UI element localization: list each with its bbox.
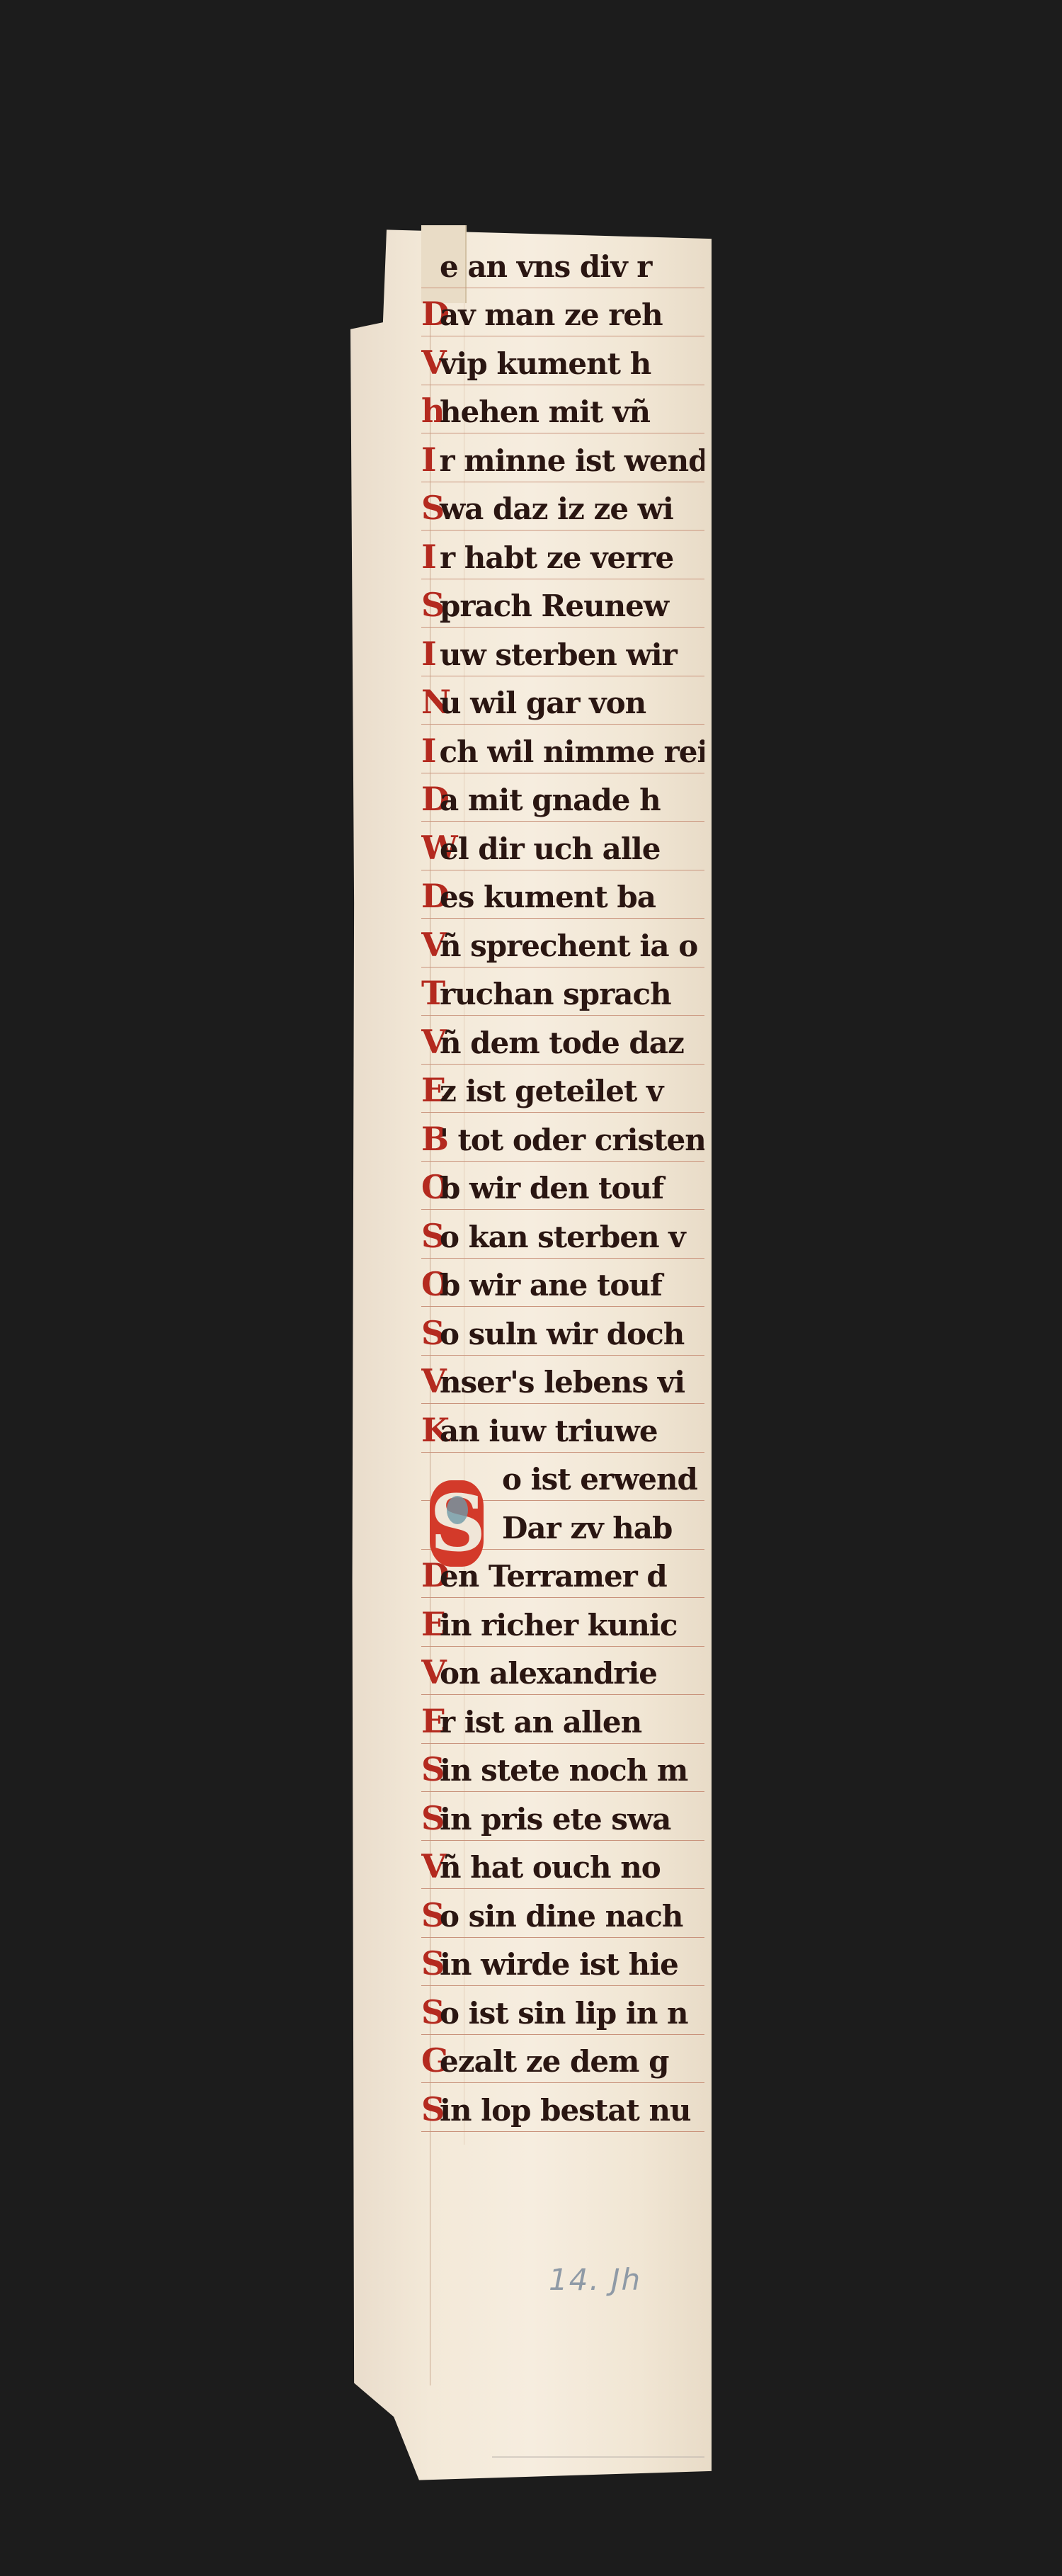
rubricated-initial: I [421, 443, 437, 476]
manuscript-line: Ich wil nimme rei [421, 725, 704, 773]
manuscript-line: Vnser's lebens vi [421, 1356, 704, 1405]
line-text: wa daz iz ze wi [440, 494, 673, 524]
line-text: nser's lebens vi [440, 1368, 685, 1397]
rubricated-initial: O [421, 1268, 437, 1300]
manuscript-line: Von alexandrie [421, 1647, 704, 1696]
line-text: o suln wir doch [440, 1320, 684, 1349]
line-text: in lop bestat nu [440, 2096, 691, 2126]
manuscript-line: B' tot oder cristen [421, 1113, 704, 1162]
rubricated-initial: S [421, 589, 437, 621]
manuscript-line: e an vns div r [421, 239, 704, 288]
manuscript-line: Des kument ba [421, 870, 704, 919]
manuscript-line: Ir minne ist wend [421, 433, 704, 482]
rubricated-initial: D [421, 783, 437, 815]
rubricated-initial: D [421, 297, 437, 330]
manuscript-line: So suln wir doch [421, 1307, 704, 1356]
manuscript-line: Ob wir ane touf [421, 1259, 704, 1307]
manuscript-fragment: e an vns div rDav man ze rehVvip kument … [350, 225, 712, 2485]
rubricated-initial: V [421, 1026, 437, 1058]
rubricated-initial: S [421, 1899, 437, 1931]
line-text: r habt ze verre [440, 543, 673, 573]
text-column: e an vns div rDav man ze rehVvip kument … [421, 239, 704, 2132]
rubricated-initial: V [421, 1365, 437, 1397]
rubricated-initial: I [421, 540, 437, 573]
line-text: av man ze reh [440, 300, 663, 330]
manuscript-line: Vñ sprechent ia o [421, 919, 704, 968]
rubricated-initial: O [421, 1171, 437, 1203]
manuscript-line: So sin dine nach [421, 1889, 704, 1938]
line-text: r minne ist wend [440, 446, 704, 476]
line-text: in wirde ist hie [440, 1950, 678, 1980]
line-text: ñ sprechent ia o [440, 931, 697, 961]
manuscript-line: Ob wir den touf [421, 1162, 704, 1210]
manuscript-line: Gezalt ze dem g [421, 2035, 704, 2084]
line-text: o ist erwend [502, 1465, 697, 1494]
manuscript-line: Kan iuw triuwe [421, 1404, 704, 1453]
rubricated-initial: S [421, 492, 437, 524]
line-text: ruchan sprach [440, 980, 671, 1009]
rubricated-initial: E [421, 1705, 437, 1737]
rubricated-initial: I [421, 734, 437, 767]
manuscript-line: hhehen mit vñ [421, 385, 704, 434]
rubricated-initial: S [421, 1317, 437, 1349]
manuscript-line: So ist sin lip in n [421, 1986, 704, 2035]
manuscript-line: So kan sterben v [421, 1210, 704, 1259]
line-text: ch wil nimme rei [440, 737, 704, 767]
rubricated-initial: S [421, 1753, 437, 1786]
line-text: b wir ane touf [440, 1271, 662, 1300]
line-text: on alexandrie [440, 1659, 657, 1689]
manuscript-line: Swa daz iz ze wi [421, 482, 704, 531]
rubricated-initial: E [421, 1074, 437, 1106]
line-text: vip kument h [440, 349, 651, 379]
manuscript-line: Ein richer kunic [421, 1598, 704, 1647]
line-text: b wir den touf [440, 1174, 663, 1203]
manuscript-line: Sin lop bestat nu [421, 2083, 704, 2132]
manuscript-line: Sin wirde ist hie [421, 1938, 704, 1987]
rubricated-initial: h [421, 395, 437, 427]
rubricated-initial: E [421, 1608, 437, 1640]
rubricated-initial: B [421, 1123, 437, 1155]
line-text: o sin dine nach [440, 1902, 683, 1931]
manuscript-line: Vñ hat ouch no [421, 1841, 704, 1890]
rubricated-initial: S [421, 1996, 437, 2029]
line-text: o ist sin lip in n [440, 1999, 688, 2029]
rubricated-initial: V [421, 1850, 437, 1883]
rubricated-initial: S [421, 1802, 437, 1834]
line-text: in pris ete swa [440, 1805, 670, 1834]
manuscript-line: Nu wil gar von [421, 676, 704, 725]
rubricated-initial: K [421, 1414, 437, 1446]
rubricated-initial: D [421, 880, 437, 912]
manuscript-line: Ez ist geteilet v [421, 1065, 704, 1113]
line-text: in stete noch m [440, 1756, 687, 1786]
pencil-shelfmark: 14. Jh [549, 2262, 641, 2297]
manuscript-line: Wel dir uch alle [421, 822, 704, 870]
line-text: hehen mit vñ [440, 397, 650, 427]
rubricated-initial: T [421, 977, 437, 1009]
line-text: el dir uch alle [440, 834, 660, 864]
line-text: uw sterben wir [440, 640, 677, 670]
rubricated-initial: I [421, 637, 437, 670]
initial-infill-ornament [447, 1496, 468, 1524]
manuscript-line: Sprach Reunew [421, 579, 704, 628]
decorated-initial: S [430, 1480, 484, 1567]
line-text: an iuw triuwe [440, 1417, 658, 1446]
line-text: e an vns div r [440, 252, 651, 282]
manuscript-line: Sin pris ete swa [421, 1792, 704, 1841]
manuscript-line: Dav man ze reh [421, 288, 704, 337]
line-text: ezalt ze dem g [440, 2047, 668, 2077]
manuscript-line: Da mit gnade h [421, 773, 704, 822]
rubricated-initial: V [421, 929, 437, 961]
manuscript-line: Er ist an allen [421, 1695, 704, 1744]
line-text: Dar zv hab [502, 1514, 672, 1543]
line-text: ' tot oder cristen [440, 1125, 704, 1155]
rubricated-initial: W [421, 832, 437, 864]
manuscript-line: Iuw sterben wir [421, 628, 704, 676]
manuscript-line: Vvip kument h [421, 336, 704, 385]
line-text: o kan sterben v [440, 1222, 685, 1252]
manuscript-line: Sin stete noch m [421, 1744, 704, 1793]
manuscript-line: Truchan sprach [421, 968, 704, 1016]
manuscript-line: Ir habt ze verre [421, 530, 704, 579]
line-text: in richer kunic [440, 1611, 677, 1640]
line-text: ñ dem tode daz [440, 1028, 684, 1058]
rubricated-initial: S [421, 1947, 437, 1980]
line-text: r ist an allen [440, 1708, 641, 1737]
line-text: ñ hat ouch no [440, 1853, 661, 1883]
rubricated-initial: N [421, 686, 437, 718]
rubricated-initial: V [421, 1656, 437, 1689]
line-text: a mit gnade h [440, 785, 661, 815]
rubricated-initial: G [421, 2044, 437, 2077]
line-text: prach Reunew [440, 591, 668, 621]
rubricated-initial: S [421, 1220, 437, 1252]
manuscript-line: Vñ dem tode daz [421, 1016, 704, 1065]
line-text: es kument ba [440, 883, 656, 912]
line-text: z ist geteilet v [440, 1077, 663, 1106]
pencil-marks [492, 2456, 704, 2458]
line-text: u wil gar von [440, 688, 646, 718]
rubricated-initial: S [421, 2093, 437, 2126]
rubricated-initial: V [421, 346, 437, 379]
